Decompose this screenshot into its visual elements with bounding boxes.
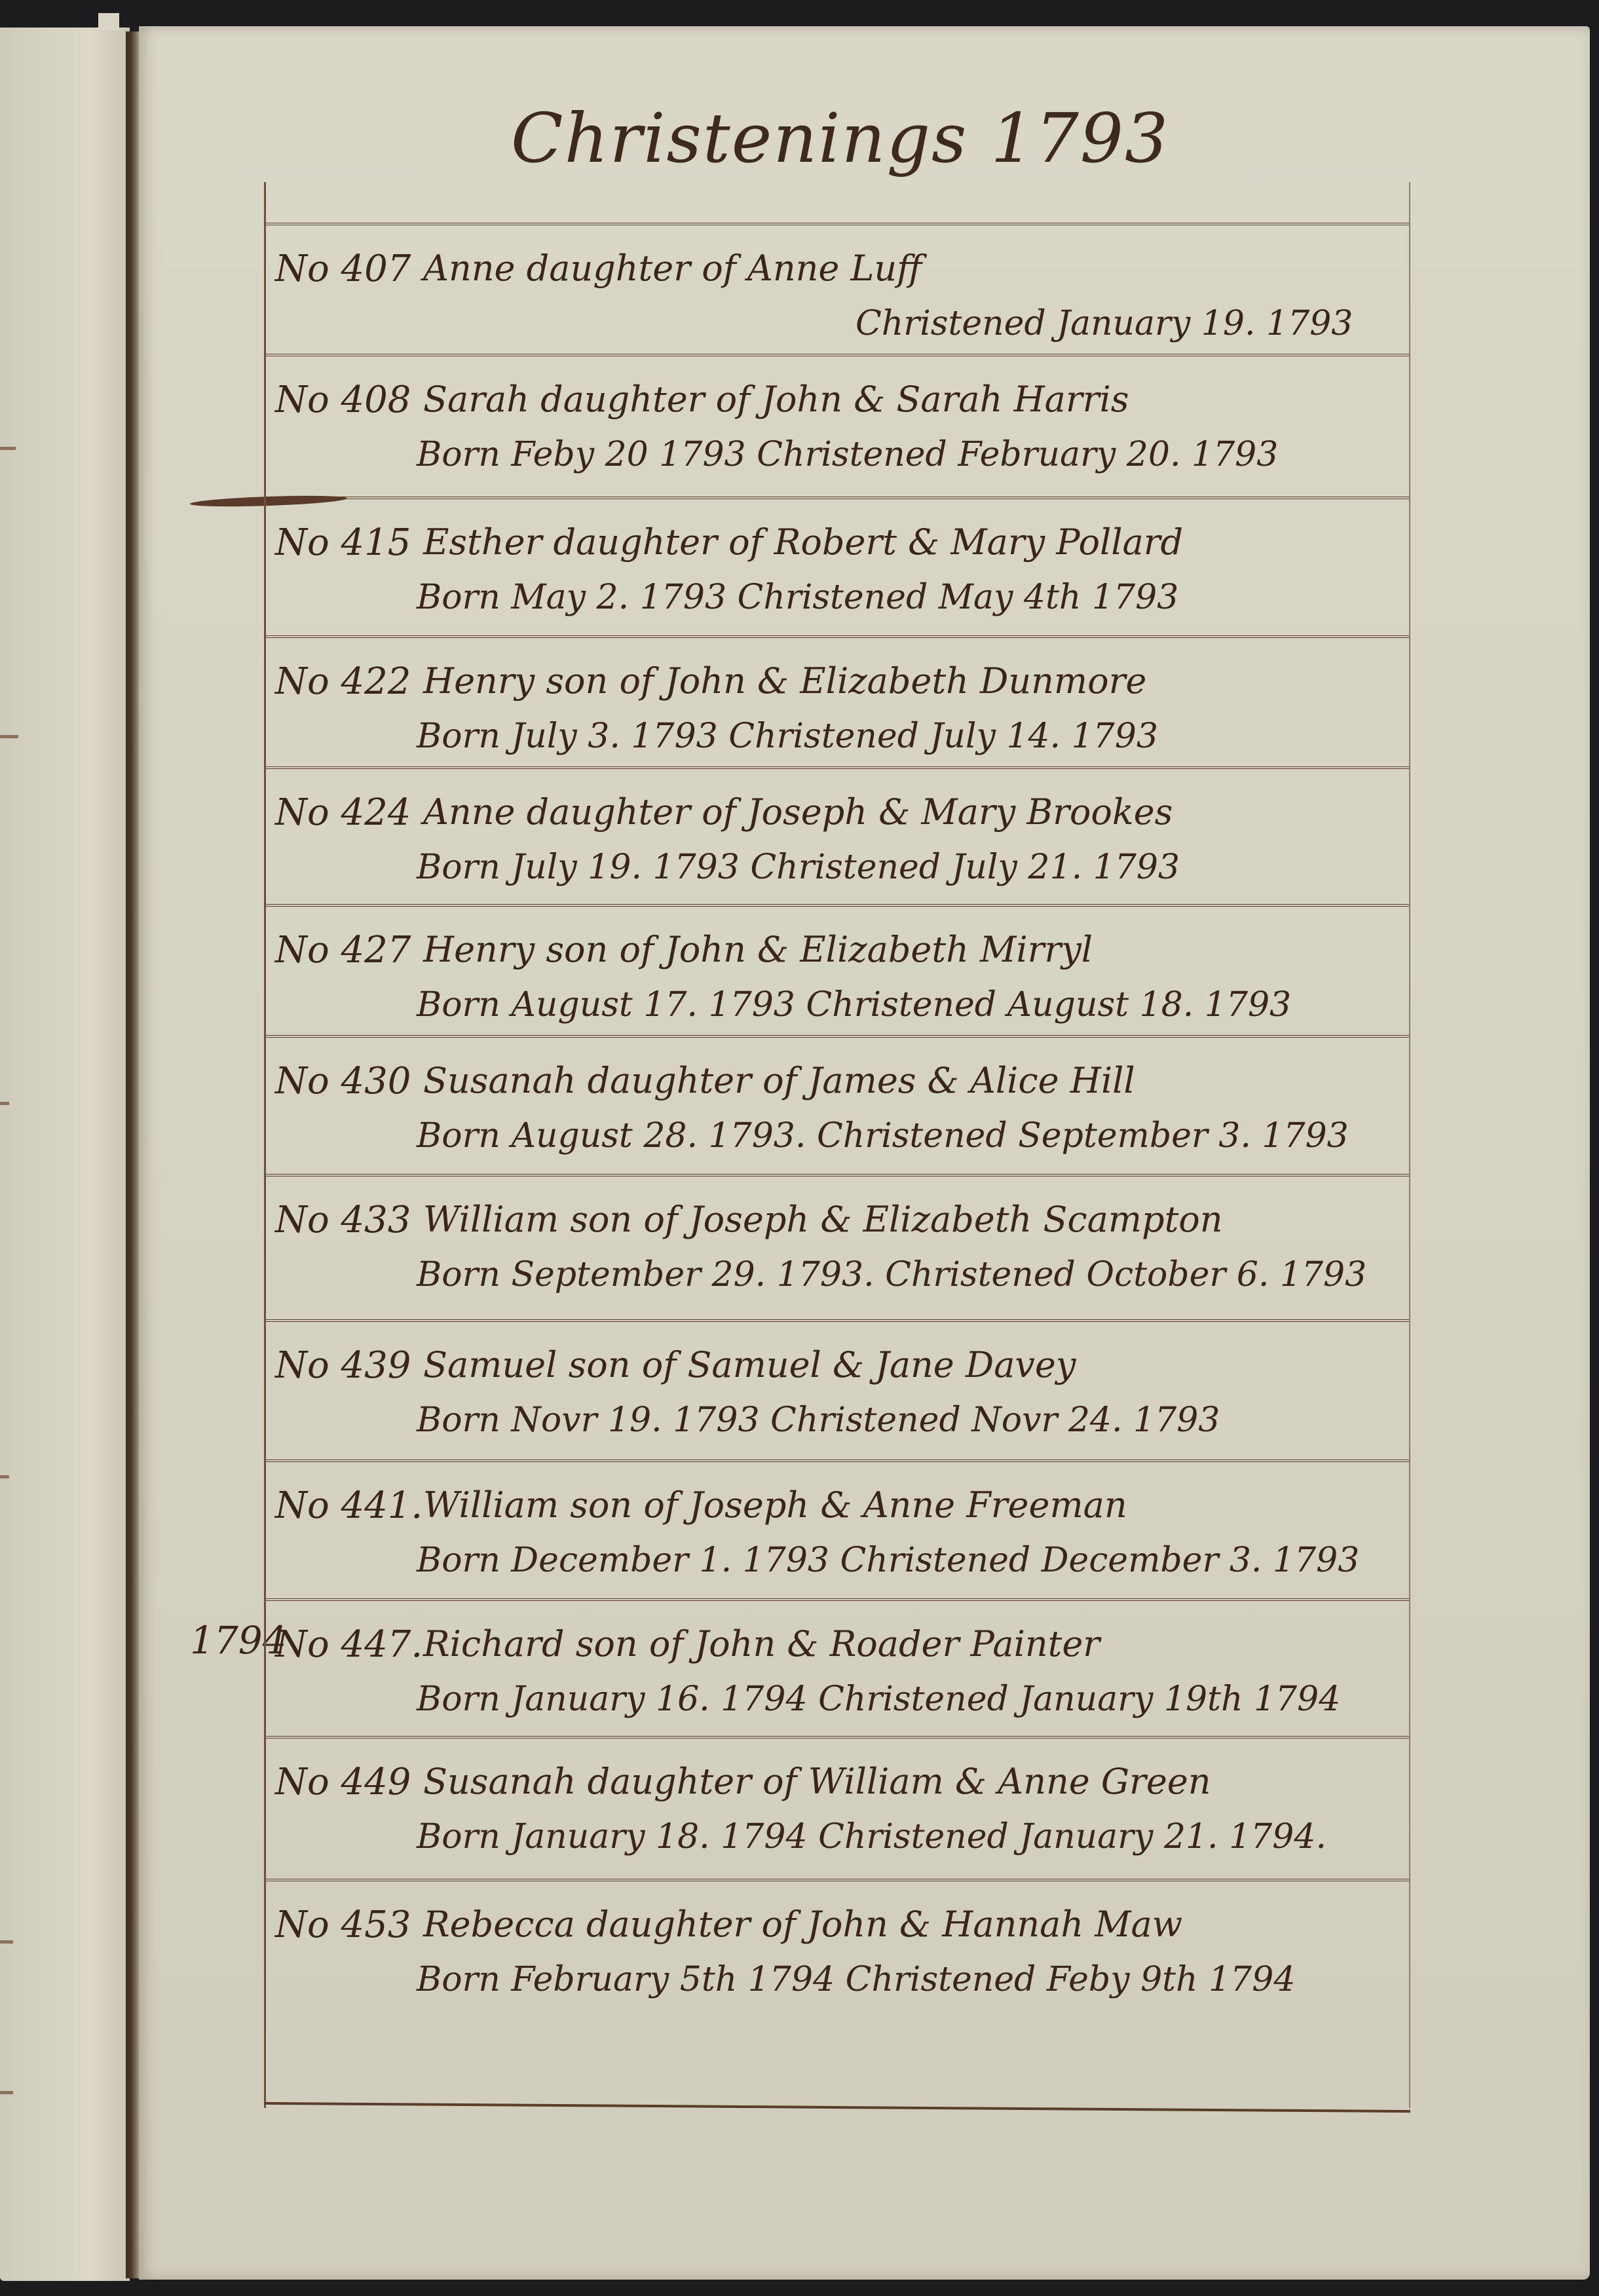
- entry-name-line: Richard son of John & Roader Painter: [423, 1623, 1100, 1665]
- entry-number: No 441.: [275, 1484, 423, 1527]
- entry-date-line: Born January 18. 1794 Christened January…: [417, 1817, 1326, 1856]
- entry-date-line: Born Novr 19. 1793 Christened Novr 24. 1…: [417, 1401, 1220, 1440]
- entry-date-line: Born August 28. 1793. Christened Septemb…: [417, 1116, 1349, 1156]
- register-entry: No 427 Henry son of John & Elizabeth Mir…: [266, 904, 1409, 1035]
- entry-name-line: Susanah daughter of William & Anne Green: [423, 1761, 1211, 1802]
- left-page-tick: [0, 447, 16, 450]
- entry-name-line: Samuel son of Samuel & Jane Davey: [423, 1344, 1076, 1385]
- entry-name-line: William son of Joseph & Anne Freeman: [423, 1484, 1127, 1526]
- left-page-tick: [0, 1475, 9, 1478]
- book-gutter: [126, 31, 140, 2278]
- register-entry: No 430 Susanah daughter of James & Alice…: [266, 1035, 1409, 1174]
- entry-number: No 447.: [275, 1623, 423, 1666]
- left-page-tick: [0, 735, 18, 738]
- register-entry: No 453 Rebecca daughter of John & Hannah…: [266, 1879, 1409, 2036]
- register-entry: No 407 Anne daughter of Anne Luff Christ…: [266, 223, 1409, 354]
- entry-date-line: Born December 1. 1793 Christened Decembe…: [417, 1541, 1359, 1580]
- entry-name-line: Rebecca daughter of John & Hannah Maw: [423, 1904, 1182, 1945]
- register-entry: No 422 Henry son of John & Elizabeth Dun…: [266, 635, 1409, 766]
- register-entry: No 424 Anne daughter of Joseph & Mary Br…: [266, 766, 1409, 904]
- entry-number: No 453: [275, 1904, 411, 1946]
- entry-name-line: Anne daughter of Anne Luff: [423, 248, 922, 289]
- left-page-tick: [0, 1940, 13, 1944]
- entry-number: No 407: [275, 248, 411, 290]
- entry-number: No 433: [275, 1199, 411, 1241]
- left-page: [0, 28, 130, 2281]
- entry-number: No 408: [275, 379, 411, 421]
- entry-date-line: Born January 16. 1794 Christened January…: [417, 1680, 1340, 1719]
- register-entry: No 408 Sarah daughter of John & Sarah Ha…: [266, 354, 1409, 497]
- register-entry: No 447. Richard son of John & Roader Pai…: [266, 1598, 1409, 1736]
- entry-date-line: Born September 29. 1793. Christened Octo…: [417, 1255, 1366, 1294]
- register-entry: No 439 Samuel son of Samuel & Jane Davey…: [266, 1319, 1409, 1459]
- entry-name-line: Susanah daughter of James & Alice Hill: [423, 1060, 1135, 1101]
- left-page-tick: [0, 1102, 9, 1105]
- entry-name-line: Henry son of John & Elizabeth Mirryl: [423, 929, 1093, 970]
- entry-number: No 422: [275, 660, 411, 703]
- entry-number: No 449: [275, 1761, 411, 1803]
- entry-name-line: Esther daughter of Robert & Mary Pollard: [423, 521, 1183, 563]
- entry-number: No 415: [275, 521, 411, 564]
- entry-name-line: Sarah daughter of John & Sarah Harris: [423, 379, 1129, 420]
- page-title: Christenings 1793: [511, 98, 1169, 178]
- entry-name-line: Anne daughter of Joseph & Mary Brookes: [423, 791, 1173, 833]
- entry-date-line: Born May 2. 1793 Christened May 4th 1793: [417, 578, 1178, 617]
- entry-date-line: Born July 19. 1793 Christened July 21. 1…: [417, 848, 1180, 887]
- entry-date-line: Born July 3. 1793 Christened July 14. 17…: [417, 717, 1158, 756]
- register-entry: No 449 Susanah daughter of William & Ann…: [266, 1736, 1409, 1879]
- entry-date-line: Born February 5th 1794 Christened Feby 9…: [417, 1960, 1295, 1999]
- entry-date-line: Christened January 19. 1793: [856, 304, 1353, 343]
- register-entry: No 441. William son of Joseph & Anne Fre…: [266, 1459, 1409, 1598]
- left-page-tick: [0, 2091, 13, 2094]
- entry-number: No 439: [275, 1344, 411, 1387]
- entry-name-line: Henry son of John & Elizabeth Dunmore: [423, 660, 1146, 702]
- page-tab-strip: [98, 13, 119, 30]
- entry-date-line: Born Feby 20 1793 Christened February 20…: [417, 435, 1278, 474]
- entry-number: No 430: [275, 1060, 411, 1102]
- register-entry: No 415 Esther daughter of Robert & Mary …: [266, 497, 1409, 635]
- entry-number: No 427: [275, 929, 411, 971]
- register-entry: No 433 William son of Joseph & Elizabeth…: [266, 1174, 1409, 1319]
- entry-date-line: Born August 17. 1793 Christened August 1…: [417, 985, 1291, 1025]
- christenings-register: No 407 Anne daughter of Anne Luff Christ…: [264, 182, 1410, 2108]
- entry-number: No 424: [275, 791, 411, 834]
- entry-name-line: William son of Joseph & Elizabeth Scampt…: [423, 1199, 1223, 1240]
